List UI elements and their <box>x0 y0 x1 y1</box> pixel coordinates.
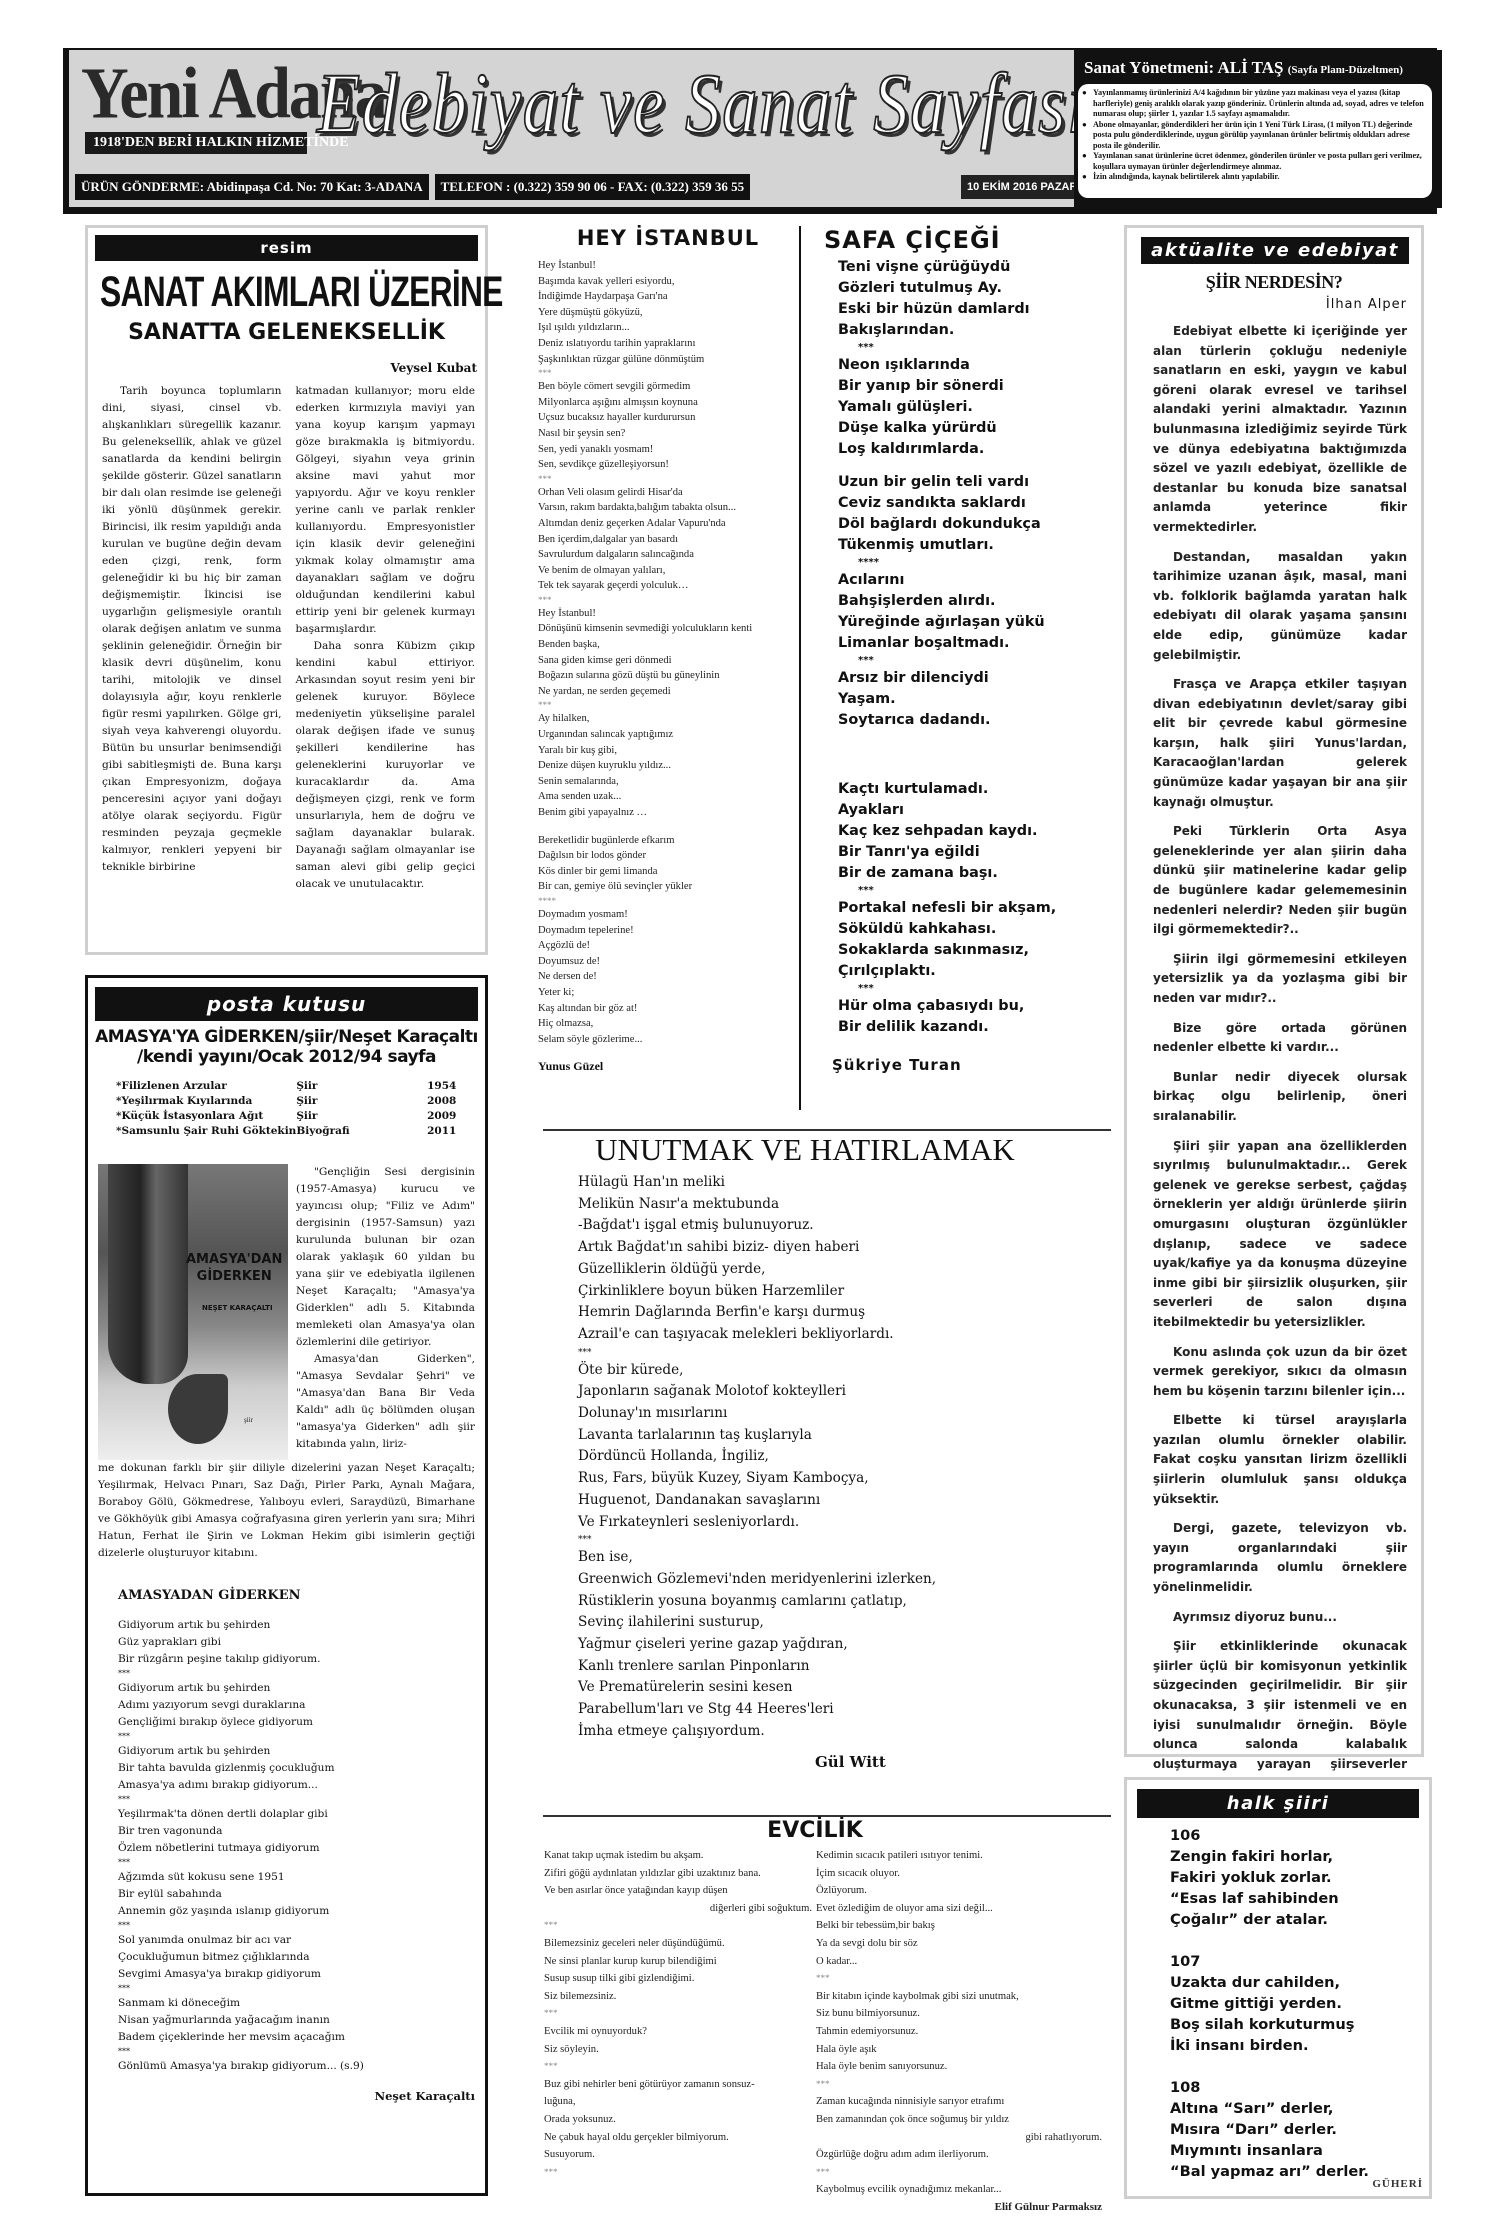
poem-line: Lavanta tarlalarının taş kuşlarıyla <box>578 1425 1110 1447</box>
poem-line: Özlüyorum. <box>816 1882 1102 1900</box>
poem-line: Ne dersen de! <box>538 969 798 985</box>
stanza-separator: *** <box>118 1668 485 1680</box>
halk-siiri-box: halk şiiri 106Zengin fakiri horlar,Fakir… <box>1124 1777 1432 2199</box>
since-tagline: 1918'DEN BERİ HALKIN HİZMETİNDE <box>85 132 307 154</box>
stanza-separator: *** <box>838 982 1100 996</box>
poem-line: Benim gibi yapayalnız … <box>538 805 798 821</box>
poem-line: Bir can, gemiye ölü sevinçler yükler <box>538 879 798 895</box>
poem-line: Gidiyorum artık bu şehirden <box>118 1743 485 1760</box>
body-paragraph: "Gençliğin Sesi dergisinin (1957-Amasya)… <box>296 1164 475 1351</box>
poem-column: Kanat takıp uçmak istedim bu akşam.Zifir… <box>540 1847 812 2216</box>
stanza-separator: *** <box>816 2076 1102 2094</box>
stanza-separator: *** <box>544 1917 812 1935</box>
rule-item: Yayınlanmamış ürünlerinizi A/4 kağıdının… <box>1082 88 1426 120</box>
submission-rules: Sanat Yönetmeni: ALİ TAŞ (Sayfa Planı-Dü… <box>1074 50 1442 208</box>
poem-author: Elif Gülnur Parmaksız <box>816 2199 1102 2217</box>
stanza-separator: *** <box>544 2164 812 2182</box>
article-author: Veysel Kubat <box>88 361 477 375</box>
article-subheadline: SANATTA GELENEKSELLİK <box>88 320 485 345</box>
poem-line: Yaşam. <box>838 689 1100 710</box>
poem-line: Loş kaldırımlarda. <box>838 439 1100 460</box>
poem-line: Fakiri yokluk zorlar. <box>1170 1867 1429 1888</box>
poem-line: Yamalı gülüşleri. <box>838 397 1100 418</box>
poem-line: Başımda kavak yelleri esiyordu, <box>538 274 798 290</box>
poem-line: 106 <box>1170 1825 1429 1846</box>
poem-line: Eski bir hüzün damlardı <box>838 299 1100 320</box>
stanza-separator: *** <box>816 2164 1102 2182</box>
poem-line: Greenwich Gözlemevi'nden meridyenlerini … <box>578 1569 1110 1591</box>
poem-line: Zifiri göğü aydınlatan yıldızlar gibi uz… <box>544 1865 812 1883</box>
poem-line: Şaşkınlıktan rüzgar gülüne dönmüştüm <box>538 352 798 368</box>
body-paragraph: Elbette ki türsel arayışlarla yazılan ol… <box>1153 1411 1407 1509</box>
poem-line: Dördüncü Hollanda, İngiliz, <box>578 1446 1110 1468</box>
poem-line: Bir tahta bavulda gizlenmiş çocukluğum <box>118 1760 485 1777</box>
poem-line: Bakışlarından. <box>838 320 1100 341</box>
stanza-gap <box>838 460 1100 472</box>
book-review: AMASYA'DANGİDERKEN NEŞET KARAÇALTI şiir … <box>88 1164 485 1460</box>
poem-line: Bir kitabın içinde kaybolmak gibi sizi u… <box>816 1988 1102 2006</box>
cover-illustration <box>108 1164 188 1384</box>
stanza-gap <box>838 731 1100 779</box>
poem-line: Işıl ışıldı yıldızların... <box>538 320 798 336</box>
poem-line: Ben zamanından çok önce soğumuş bir yıld… <box>816 2111 1102 2129</box>
poem-line: Ne çabuk hayal oldu gerçekler bilmiyorum… <box>544 2129 812 2147</box>
book-year: 2011 <box>396 1125 456 1140</box>
poem-line: Çocukluğumun bitmez çığlıklarında <box>118 1949 485 1966</box>
poem-line: Milyonlarca aşığını almışsın koynuna <box>538 395 798 411</box>
poem-line: Güzelliklerin öldüğü yerde, <box>578 1259 1110 1281</box>
resim-article: resim SANAT AKIMLARI ÜZERİNE SANATTA GEL… <box>85 225 488 955</box>
poem-line: Dönüşünü kimsenin sevmediği yolculukları… <box>538 621 798 637</box>
book-type: Şiir <box>296 1110 396 1125</box>
body-paragraph: Şiiri şiir yapan ana özelliklerden sıyrı… <box>1153 1137 1407 1333</box>
stanza-separator: **** <box>838 556 1100 570</box>
book-cover-image: AMASYA'DANGİDERKEN NEŞET KARAÇALTI şiir <box>98 1164 288 1460</box>
poem-line: Nisan yağmurlarında yağacağım inanın <box>118 2012 485 2029</box>
stanza-gap <box>538 821 798 833</box>
section-divider <box>543 1129 1111 1131</box>
headline-line: AMASYA'YA GİDERKEN/şiir/Neşet Karaçaltı <box>88 1027 485 1047</box>
poem-line: Bir eylül sabahında <box>118 1886 485 1903</box>
poem-body: Hülagü Han'ın melikiMelikün Nasır'a mekt… <box>578 1172 1110 1743</box>
bibliography-row: *Küçük İstasyonlara AğıtŞiir2009 <box>116 1110 456 1125</box>
poem-line: Bir tren vagonunda <box>118 1823 485 1840</box>
poem-line: Kaş altından bir göz at! <box>538 1001 798 1017</box>
poem-line: O kadar... <box>816 1953 1102 1971</box>
aktualite-article: aktüalite ve edebiyat ŞİİR NERDESİN? İlh… <box>1124 225 1424 1757</box>
body-paragraph: Frasça ve Arapça etkiler taşıyan divan e… <box>1153 675 1407 812</box>
stanza-separator: *** <box>578 1533 1110 1547</box>
poem-line: luğuna, <box>544 2093 812 2111</box>
poem-line: Varsın, rakım bardakta,balığım tabakta o… <box>538 500 798 516</box>
poem-line: Ceviz sandıkta saklardı <box>838 493 1100 514</box>
poem-line: Amasya'ya adımı bırakıp gidiyorum... <box>118 1777 485 1794</box>
poem-line: Tahmin edemiyorsunuz. <box>816 2023 1102 2041</box>
poem-line: Öte bir kürede, <box>578 1360 1110 1382</box>
article-author: İlhan Alper <box>1127 297 1407 312</box>
body-paragraph: Peki Türklerin Orta Asya geleneklerinde … <box>1153 822 1407 940</box>
column-divider <box>799 226 801 1110</box>
poem-line: Hiç olmazsa, <box>538 1016 798 1032</box>
poem-line: Yaralı bir kuş gibi, <box>538 743 798 759</box>
poem-line: Portakal nefesli bir akşam, <box>838 898 1100 919</box>
poem-line: Sevinç ilahilerini susturup, <box>578 1612 1110 1634</box>
article-body: Edebiyat elbette ki içeriğinde yer alan … <box>1127 322 1421 1814</box>
poem-line: Kaybolmuş evcilik oynadığımız mekanlar..… <box>816 2181 1102 2199</box>
poem-line: Doymadım tepelerine! <box>538 923 798 939</box>
poem-body: Gidiyorum artık bu şehirdenGüz yapraklar… <box>118 1617 485 2075</box>
poem-line: Annemin göz yaşında ıslanıp gidiyorum <box>118 1903 485 1920</box>
poem-line: Bir Tanrı'ya eğildi <box>838 842 1100 863</box>
book-name: *Küçük İstasyonlara Ağıt <box>116 1110 296 1125</box>
poem-line: Rus, Fars, büyük Kuzey, Siyam Kamboçya, <box>578 1468 1110 1490</box>
evcilik-poem: EVCİLİK Kanat takıp uçmak istedim bu akş… <box>540 1818 1110 2216</box>
book-type: Biyoğrafi <box>296 1125 396 1140</box>
poem-line: Bahşişlerden alırdı. <box>838 591 1100 612</box>
poem-line: Deniz ıslatıyordu tarihin yapraklarını <box>538 336 798 352</box>
cover-genre: şiir <box>244 1416 253 1424</box>
poem-line: diğerleri gibi soğuktum. <box>544 1900 812 1918</box>
poem-columns: Kanat takıp uçmak istedim bu akşam.Zifir… <box>540 1847 1110 2216</box>
article-author: Neşet Karaçaltı <box>88 2089 475 2103</box>
poem-line: Ben böyle cömert sevgili görmedim <box>538 379 798 395</box>
poem-line: Siz bilemezsiniz. <box>544 1988 812 2006</box>
poem-line: Ya da sevgi dolu bir söz <box>816 1935 1102 1953</box>
poem-body: Hey İstanbul!Başımda kavak yelleri esiyo… <box>538 258 798 1047</box>
body-paragraph: Bize göre ortada görünen nedenler elbett… <box>1153 1019 1407 1058</box>
poem-line: Gönlümü Amasya'ya bırakıp gidiyorum... (… <box>118 2058 485 2075</box>
poem-line: Soytarıca dadandı. <box>838 710 1100 731</box>
poem-line: Gençliğimi bırakıp öylece gidiyorum <box>118 1714 485 1731</box>
poem-line: Dağılsın bir lodos gönder <box>538 848 798 864</box>
stanza-separator: *** <box>838 341 1100 355</box>
poem-author: Gül Witt <box>815 1753 1110 1771</box>
phone-fax: TELEFON : (0.322) 359 90 06 - FAX: (0.32… <box>435 174 750 200</box>
poem-line: Artık Bağdat'ın sahibi biziz- diyen habe… <box>578 1237 1110 1259</box>
poem-line: Yüreğinde ağırlaşan yükü <box>838 612 1100 633</box>
section-label: halk şiiri <box>1137 1789 1419 1818</box>
poem-line: Kanat takıp uçmak istedim bu akşam. <box>544 1847 812 1865</box>
poem-line: Urganından salıncak yaptığımız <box>538 727 798 743</box>
poem-line: Limanlar boşaltmadı. <box>838 633 1100 654</box>
poem-line: Uzun bir gelin teli vardı <box>838 472 1100 493</box>
poem-line: Benden başka, <box>538 637 798 653</box>
poem-line: Ve benim de olmayan yalıları, <box>538 563 798 579</box>
poem-line: Söküldü kahkahası. <box>838 919 1100 940</box>
poem-line: Sen, sevdikçe güzelleşiyorsun! <box>538 457 798 473</box>
body-paragraph: katmadan kullanıyor; moru elde ederken k… <box>296 383 476 638</box>
poem-line: Gidiyorum artık bu şehirden <box>118 1680 485 1697</box>
body-paragraph: Dergi, gazete, televizyon vb. yayın orga… <box>1153 1519 1407 1597</box>
poem-line: Güz yaprakları gibi <box>118 1634 485 1651</box>
poem-line: Hey İstanbul! <box>538 258 798 274</box>
poem-line: Özgürlüğe doğru adım adım ilerliyorum. <box>816 2146 1102 2164</box>
poem-line: Sol yanımda onulmaz bir acı var <box>118 1932 485 1949</box>
art-director-role: (Sayfa Planı-Düzeltmen) <box>1288 64 1403 76</box>
poem-line: Hey İstanbul! <box>538 606 798 622</box>
cover-title-line: GİDERKEN <box>197 1269 272 1284</box>
bibliography-row: *Yeşilırmak KıyılarındaŞiir2008 <box>116 1095 456 1110</box>
headline-line: /kendi yayını/Ocak 2012/94 sayfa <box>88 1047 485 1067</box>
poem-line: Çırılçıplaktı. <box>838 961 1100 982</box>
poem-line: Susup susup tilki gibi gizlendiğimi. <box>544 1970 812 1988</box>
poem-line: “Esas laf sahibinden <box>1170 1888 1429 1909</box>
poem-title: AMASYADAN GİDERKEN <box>118 1588 485 1603</box>
rule-item: Yayınlanan sanat ürünlerine ücret ödenme… <box>1082 151 1426 172</box>
poem-line: Senin semalarında, <box>538 774 798 790</box>
poem-line: Dolunay'ın mısırlarını <box>578 1403 1110 1425</box>
poem-line: Zaman kucağında ninnisiyle sarıyor etraf… <box>816 2093 1102 2111</box>
poem-line: İki insanı birden. <box>1170 2035 1429 2056</box>
poem-line: Siz bunu bilmiyorsunuz. <box>816 2005 1102 2023</box>
section-divider <box>543 1815 1111 1817</box>
poem-line: Parabellum'ları ve Stg 44 Heeres'leri <box>578 1699 1110 1721</box>
poem-title: EVCİLİK <box>540 1818 1090 1843</box>
section-label: posta kutusu <box>95 987 478 1021</box>
stanza-separator: *** <box>538 473 798 485</box>
poem-line: Uçsuz bucaksız hayaller kurdurursun <box>538 410 798 426</box>
poem-line: Özlem nöbetlerini tutmaya gidiyorum <box>118 1840 485 1857</box>
book-name: *Filizlenen Arzular <box>116 1080 296 1095</box>
contact-bar: ÜRÜN GÖNDERME: Abidinpaşa Cd. No: 70 Kat… <box>75 174 750 200</box>
poem-line: Sokaklarda sakınmasız, <box>838 940 1100 961</box>
body-paragraph: Tarih boyunca toplumların dini, siyasi, … <box>102 383 282 876</box>
poem-line: Sevgimi Amasya'ya bırakıp gidiyorum <box>118 1966 485 1983</box>
poem-title: HEY İSTANBUL <box>538 226 798 250</box>
poem-line: Gözleri tutulmuş Ay. <box>838 278 1100 299</box>
stanza-separator: *** <box>118 1857 485 1869</box>
poem-title: SAFA ÇİÇEĞİ <box>824 226 1100 254</box>
unutmak-poem: UNUTMAK VE HATIRLAMAK Hülagü Han'ın meli… <box>540 1132 1110 1771</box>
poem-line: Gidiyorum artık bu şehirden <box>118 1617 485 1634</box>
book-name: *Samsunlu Şair Ruhi Göktekin <box>116 1125 296 1140</box>
body-paragraph: Daha sonra Kübizm çıkıp kendini kabul et… <box>296 638 476 893</box>
section-label: resim <box>95 235 478 261</box>
poem-line: Çoğalır” der atalar. <box>1170 1909 1429 1930</box>
poem-line: Selam söyle gözlerime... <box>538 1032 798 1048</box>
poem-line: Bereketlidir bugünlerde efkarım <box>538 833 798 849</box>
section-title: Edebiyat ve Sanat Sayfası <box>317 60 1088 146</box>
poem-line: Düşe kalka yürürdü <box>838 418 1100 439</box>
book-type: Şiir <box>296 1080 396 1095</box>
stanza-separator: *** <box>838 884 1100 898</box>
book-type: Şiir <box>296 1095 396 1110</box>
poem-line: Kedimin sıcacık patileri ısıtıyor tenimi… <box>816 1847 1102 1865</box>
stanza-separator: *** <box>538 699 798 711</box>
poem-line: Uzakta dur cahilden, <box>1170 1972 1429 1993</box>
stanza-gap <box>1170 2056 1429 2077</box>
book-year: 2008 <box>396 1095 456 1110</box>
poem-column-lines: Kedimin sıcacık patileri ısıtıyor tenimi… <box>816 1847 1102 2199</box>
poem-line: 108 <box>1170 2077 1429 2098</box>
bibliography-table: *Filizlenen ArzularŞiir1954*Yeşilırmak K… <box>116 1080 456 1140</box>
poem-line: 107 <box>1170 1951 1429 1972</box>
article-headline: AMASYA'YA GİDERKEN/şiir/Neşet Karaçaltı … <box>88 1027 485 1068</box>
poem-line: Bir delilik kazandı. <box>838 1017 1100 1038</box>
poem-line: Ama senden uzak... <box>538 789 798 805</box>
poem-line: Ve ben asırlar önce yatağından kayıp düş… <box>544 1882 812 1900</box>
poem-line: Japonların sağanak Molotof kokteylleri <box>578 1381 1110 1403</box>
poem-line: Azrail'e can taşıyacak melekleri bekliyo… <box>578 1324 1110 1346</box>
poem-line: Altına “Sarı” derler, <box>1170 2098 1429 2119</box>
poem-column: Kedimin sıcacık patileri ısıtıyor tenimi… <box>812 1847 1102 2216</box>
submission-address: ÜRÜN GÖNDERME: Abidinpaşa Cd. No: 70 Kat… <box>75 174 429 200</box>
stanza-separator: *** <box>118 1731 485 1743</box>
poem-line: Yeter ki; <box>538 985 798 1001</box>
stanza-separator: *** <box>538 594 798 606</box>
poem-line: Siz söyleyin. <box>544 2041 812 2059</box>
poem-line: Yere düşmüştü gökyüzü, <box>538 305 798 321</box>
poem-line: Tükenmiş umutları. <box>838 535 1100 556</box>
poem-line: Boş silah korkuturmuş <box>1170 2014 1429 2035</box>
poem-line: İndiğimde Haydarpaşa Garı'na <box>538 289 798 305</box>
poem-author: Şükriye Turan <box>832 1056 1100 1074</box>
article-headline: SANAT AKIMLARI ÜZERİNE <box>100 271 385 314</box>
poem-line: Ve Prematürelerin sesini kesen <box>578 1677 1110 1699</box>
stanza-separator: *** <box>118 1794 485 1806</box>
poem-line: Adımı yazıyorum sevgi duraklarına <box>118 1697 485 1714</box>
poem-line: Gitme gittiği yerden. <box>1170 1993 1429 2014</box>
poem-line: Savrulurdum dalgaların salıncağında <box>538 547 798 563</box>
poem-line: Hür olma çabasıydı bu, <box>838 996 1100 1017</box>
stanza-gap <box>1170 1930 1429 1951</box>
poem-line: Açgözlü de! <box>538 938 798 954</box>
poem-line: Hülagü Han'ın meliki <box>578 1172 1110 1194</box>
poem-line: Döl bağlardı dokundukça <box>838 514 1100 535</box>
poem-line: Yağmur çiseleri yerine gazap yağdıran, <box>578 1634 1110 1656</box>
poem-line: Ve Fırkateynleri sesleniyorlardı. <box>578 1512 1110 1534</box>
cover-title-line: AMASYA'DAN <box>186 1252 282 1267</box>
poem-author: GÜHERİ <box>1372 2178 1423 2190</box>
art-director: Sanat Yönetmeni: ALİ TAŞ (Sayfa Planı-Dü… <box>1074 50 1442 82</box>
poem-line: Sen, yedi yanaklı yosmam! <box>538 442 798 458</box>
body-paragraph: Edebiyat elbette ki içeriğinde yer alan … <box>1153 322 1407 538</box>
poem-title: UNUTMAK VE HATIRLAMAK <box>540 1132 1070 1168</box>
stanza-separator: *** <box>544 2005 812 2023</box>
poem-line: Hala öyle benim sanıyorsunuz. <box>816 2058 1102 2076</box>
stanza-separator: *** <box>578 1346 1110 1360</box>
poem-line: İçim sıcacık oluyor. <box>816 1865 1102 1883</box>
poem-line: Kaç kez sehpadan kaydı. <box>838 821 1100 842</box>
poem-line: Orada yoksunuz. <box>544 2111 812 2129</box>
rule-item: Abone olmayanlar, gönderdikleri her ürün… <box>1082 120 1426 152</box>
body-paragraph: Amasya'dan Giderken", "Amasya Sevdalar Ş… <box>296 1351 475 1453</box>
masthead: Yeni Adana 1918'DEN BERİ HALKIN HİZMETİN… <box>63 48 1437 214</box>
poem-line: Tek tek sayarak geçerdi yolculuk… <box>538 578 798 594</box>
body-paragraph: Konu aslında çok uzun da bir özet vermek… <box>1153 1343 1407 1402</box>
body-paragraph: Bunlar nedir diyecek olursak birkaç olgu… <box>1153 1068 1407 1127</box>
poem-line: Bir rüzgârın peşine takılıp gidiyorum. <box>118 1651 485 1668</box>
poem-line: İmha etmeye çalışıyordum. <box>578 1721 1110 1743</box>
poem-line: Huguenot, Dandanakan savaşlarını <box>578 1490 1110 1512</box>
body-paragraph: Şiirin ilgi görmemesini etkileyen yeters… <box>1153 950 1407 1009</box>
poem-line: Neon ışıklarında <box>838 355 1100 376</box>
poem-line: Altımdan deniz geçerken Adalar Vapuru'nd… <box>538 516 798 532</box>
bibliography-row: *Filizlenen ArzularŞiir1954 <box>116 1080 456 1095</box>
stanza-separator: *** <box>544 2058 812 2076</box>
poem-line: Ayakları <box>838 800 1100 821</box>
poem-line: Melikün Nasır'a mektubunda <box>578 1194 1110 1216</box>
poem-line: Ben içerdim,dalgalar yan basardı <box>538 532 798 548</box>
poem-line: Ben ise, <box>578 1547 1110 1569</box>
poem-line: Rüstiklerin yosuna boyanmış camlarını ça… <box>578 1591 1110 1613</box>
poem-line: Ne sinsi planlar kurup kurup bilendiğimi <box>544 1953 812 1971</box>
poem-line: Boğazın sularına gözü düştü bu güneylini… <box>538 668 798 684</box>
poem-line: Ağzımda süt kokusu sene 1951 <box>118 1869 485 1886</box>
stanza-separator: *** <box>838 654 1100 668</box>
poem-line: Buz gibi nehirler beni götürüyor zamanın… <box>544 2076 812 2094</box>
rules-box: Yayınlanmamış ürünlerinizi A/4 kağıdının… <box>1078 84 1432 198</box>
poem-line: Hemrin Dağlarında Berfin'e karşı durmuş <box>578 1302 1110 1324</box>
review-side-text: "Gençliğin Sesi dergisinin (1957-Amasya)… <box>288 1164 475 1460</box>
poem-line: Ay hilalken, <box>538 711 798 727</box>
poem-line: gibi rahatlıyorum. <box>816 2129 1102 2147</box>
poem-line: Bir yanıp bir sönerdi <box>838 376 1100 397</box>
poem-line: Orhan Veli olasım gelirdi Hisar'da <box>538 485 798 501</box>
body-paragraph: Ayrımsız diyoruz bunu... <box>1153 1608 1407 1628</box>
book-year: 2009 <box>396 1110 456 1125</box>
poem-line: Arsız bir dilenciydi <box>838 668 1100 689</box>
stanza-separator: **** <box>538 895 798 907</box>
poem-line: Bilemezsiniz geceleri neler düşündüğümü. <box>544 1935 812 1953</box>
section-label: aktüalite ve edebiyat <box>1141 237 1409 264</box>
poem-line: Kös dinler bir gemi limanda <box>538 864 798 880</box>
stanza-separator: *** <box>118 1920 485 1932</box>
poem-line: Ne yardan, ne serden geçemedi <box>538 684 798 700</box>
stanza-separator: *** <box>118 1983 485 1995</box>
cover-leaf <box>168 1374 228 1444</box>
poem-line: -Bağdat'ı işgal etmiş bulunuyoruz. <box>578 1215 1110 1237</box>
safa-cicegi-poem: SAFA ÇİÇEĞİ Teni vişne çürüğüydüGözleri … <box>810 226 1100 1074</box>
poem-line: Çirkinliklere boyun büken Harzemliler <box>578 1281 1110 1303</box>
poem-line: Susuyorum. <box>544 2146 812 2164</box>
poem-line: Bir de zamana başı. <box>838 863 1100 884</box>
poem-author: Yunus Güzel <box>538 1059 798 1074</box>
posta-kutusu-article: posta kutusu AMASYA'YA GİDERKEN/şiir/Neş… <box>85 975 488 2196</box>
poem-line: Evcilik mi oynuyorduk? <box>544 2023 812 2041</box>
poem-line: Doymadım yosmam! <box>538 907 798 923</box>
poem-line: Zengin fakiri horlar, <box>1170 1846 1429 1867</box>
poem-line: Kaçtı kurtulamadı. <box>838 779 1100 800</box>
poem-line: Badem çiçeklerinde her mevsim açacağım <box>118 2029 485 2046</box>
book-name: *Yeşilırmak Kıyılarında <box>116 1095 296 1110</box>
book-year: 1954 <box>396 1080 456 1095</box>
poem-line: Hala öyle aşık <box>816 2041 1102 2059</box>
poem-line: Belki bir tebessüm,bir bakış <box>816 1917 1102 1935</box>
poem-line: Nasıl bir şeysin sen? <box>538 426 798 442</box>
cover-author: NEŞET KARAÇALTI <box>202 1304 273 1312</box>
hey-istanbul-poem: HEY İSTANBUL Hey İstanbul!Başımda kavak … <box>538 226 798 1074</box>
poem-line: Acılarını <box>838 570 1100 591</box>
article-body: Tarih boyunca toplumların dini, siyasi, … <box>88 383 485 893</box>
poem-line: Doyumsuz de! <box>538 954 798 970</box>
poem-line: Denize düşen kuyruklu yıldız... <box>538 758 798 774</box>
art-director-name: Sanat Yönetmeni: ALİ TAŞ <box>1084 58 1283 77</box>
poem-line: Sana giden kimse geri dönmedi <box>538 653 798 669</box>
review-continued: me dokunan farklı bir şiir diliyle dizel… <box>88 1460 485 1562</box>
article-headline: ŞİİR NERDESİN? <box>1127 272 1421 293</box>
stanza-separator: *** <box>816 1970 1102 1988</box>
poem-line: Mıymıntı insanlara <box>1170 2140 1429 2161</box>
poem-line: Mısıra “Darı” derler. <box>1170 2119 1429 2140</box>
poem-line: Yeşilırmak'ta dönen dertli dolaplar gibi <box>118 1806 485 1823</box>
poem-body: 106Zengin fakiri horlar,Fakiri yokluk zo… <box>1170 1825 1429 2182</box>
stanza-separator: *** <box>538 367 798 379</box>
rule-item: İzin alındığında, kaynak belirtilerek al… <box>1082 172 1426 183</box>
poem-line: Kanlı trenlere sarılan Pinponların <box>578 1656 1110 1678</box>
poem-line: Sanmam ki döneceğim <box>118 1995 485 2012</box>
poem-body: Teni vişne çürüğüydüGözleri tutulmuş Ay.… <box>838 257 1100 1038</box>
